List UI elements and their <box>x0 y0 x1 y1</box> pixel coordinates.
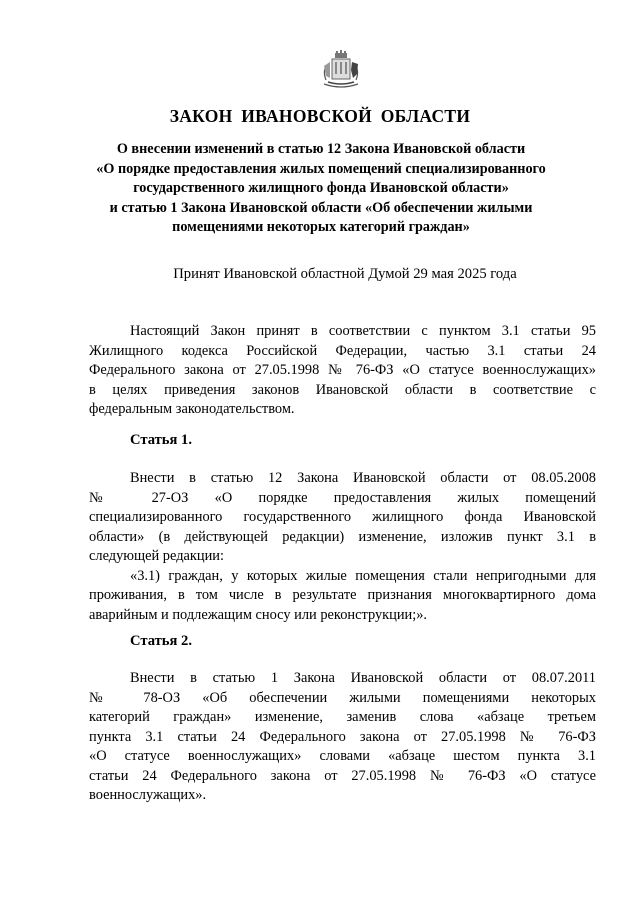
subtitle-line: О внесении изменений в статью 12 Закона … <box>96 140 546 160</box>
paragraph-line: № 27-ОЗ «О порядке предоставления жилых … <box>89 489 596 509</box>
paragraph-line: Внести в статью 1 Закона Ивановской обла… <box>89 669 596 689</box>
coat-of-arms-icon <box>318 50 364 92</box>
paragraph-line: Жилищного кодекса Российской Федерации, … <box>89 342 596 362</box>
subtitle-line: государственного жилищного фонда Ивановс… <box>96 179 546 199</box>
paragraph-line: проживания, в том числе в результате при… <box>89 586 596 606</box>
article-1-heading: Статья 1. <box>130 432 192 449</box>
paragraph-line: Федерального закона от 27.05.1998 № 76-Ф… <box>89 361 596 381</box>
article-2-heading: Статья 2. <box>130 633 192 650</box>
paragraph-line: «3.1) граждан, у которых жилые помещения… <box>89 567 596 587</box>
paragraph-line: статьи 24 Федерального закона от 27.05.1… <box>89 767 596 787</box>
paragraph-line: аварийным и подлежащим сносу или реконст… <box>89 606 596 626</box>
subtitle-line: и статью 1 Закона Ивановской области «Об… <box>96 199 546 219</box>
paragraph-line: № 78-ОЗ «Об обеспечении жилыми помещения… <box>89 689 596 709</box>
paragraph-line: категорий граждан» изменение, заменив сл… <box>89 708 596 728</box>
preamble-paragraph: Настоящий Закон принят в соответствии с … <box>89 322 596 420</box>
paragraph-line: Настоящий Закон принят в соответствии с … <box>89 322 596 342</box>
paragraph-line: «О статусе военнослужащих» словами «абза… <box>89 747 596 767</box>
paragraph-line: специализированного государственного жил… <box>89 508 596 528</box>
article-1-paragraph: Внести в статью 12 Закона Ивановской обл… <box>89 469 596 625</box>
subtitle-line: «О порядке предоставления жилых помещени… <box>96 160 546 180</box>
adoption-note: Принят Ивановской областной Думой 29 мая… <box>0 266 640 283</box>
paragraph-line: следующей редакции: <box>89 547 596 567</box>
paragraph-line: пункта 3.1 статьи 24 Федерального закона… <box>89 728 596 748</box>
paragraph-line: в целях приведения законов Ивановской об… <box>89 381 596 401</box>
paragraph-line: военнослужащих». <box>89 786 596 806</box>
document-page: ЗАКОН ИВАНОВСКОЙ ОБЛАСТИ О внесении изме… <box>0 0 640 905</box>
law-subtitle: О внесении изменений в статью 12 Закона … <box>96 140 546 238</box>
subtitle-line: помещениями некоторых категорий граждан» <box>96 218 546 238</box>
article-2-paragraph: Внести в статью 1 Закона Ивановской обла… <box>89 669 596 806</box>
law-title: ЗАКОН ИВАНОВСКОЙ ОБЛАСТИ <box>0 106 640 127</box>
paragraph-line: области» (в действующей редакции) измене… <box>89 528 596 548</box>
paragraph-line: Внести в статью 12 Закона Ивановской обл… <box>89 469 596 489</box>
paragraph-line: федеральным законодательством. <box>89 400 596 420</box>
